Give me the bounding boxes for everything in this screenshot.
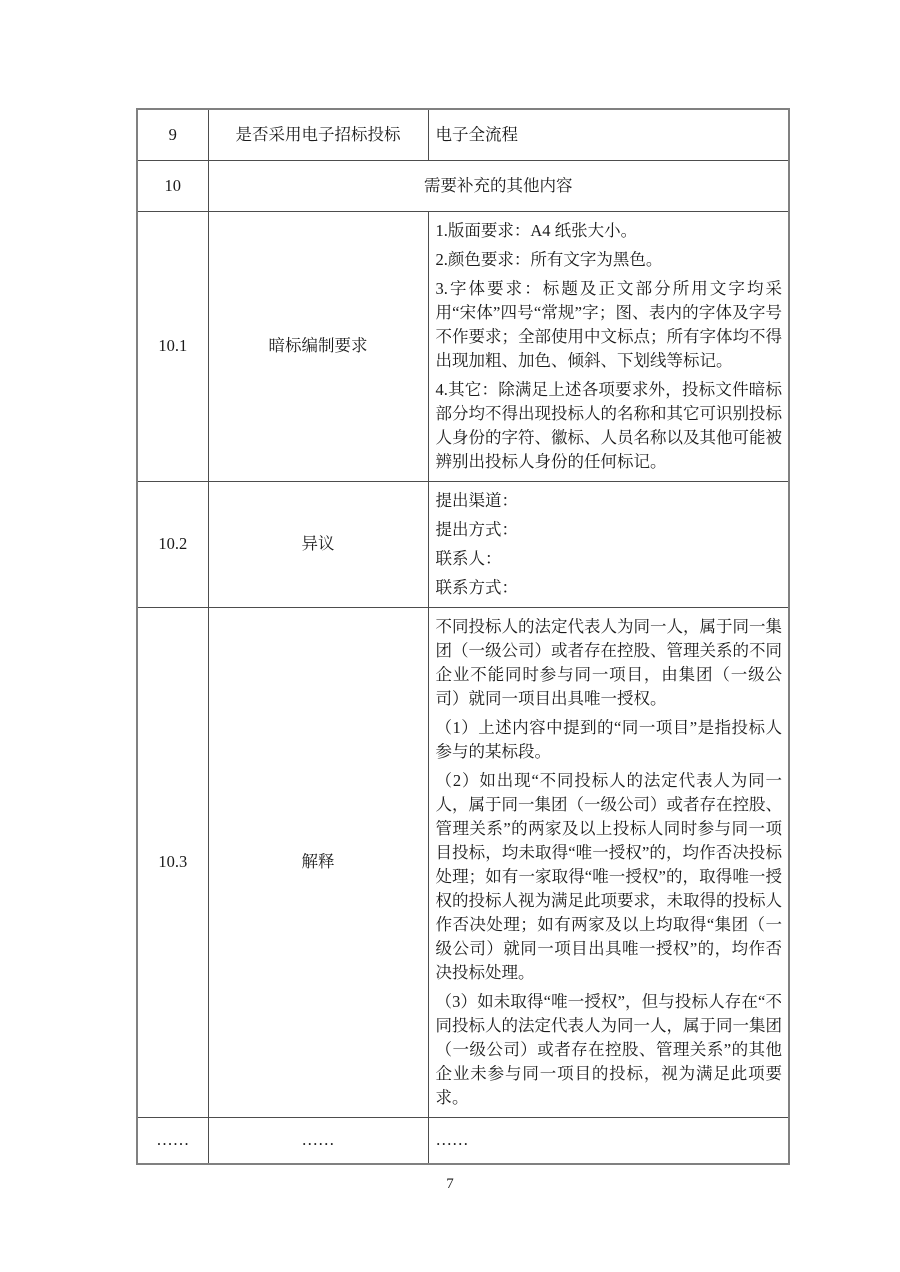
row-label: 异议 [208,481,428,607]
document-page: 9 是否采用电子招标投标 电子全流程 10 需要补充的其他内容 10.1 暗标编… [0,0,900,1272]
row-number: 10.1 [137,211,208,481]
content-paragraph: 不同投标人的法定代表人为同一人，属于同一集团（一级公司）或者存在控股、管理关系的… [436,615,783,711]
row-content: 不同投标人的法定代表人为同一人，属于同一集团（一级公司）或者存在控股、管理关系的… [428,607,789,1117]
row-number: 10.2 [137,481,208,607]
content-paragraph: …… [436,1128,783,1152]
content-paragraph: 联系方式： [436,576,783,600]
table-row: …… …… …… [137,1117,789,1164]
table-row: 10 需要补充的其他内容 [137,160,789,211]
tender-requirements-table: 9 是否采用电子招标投标 电子全流程 10 需要补充的其他内容 10.1 暗标编… [136,108,790,1165]
table-row: 10.3 解释 不同投标人的法定代表人为同一人，属于同一集团（一级公司）或者存在… [137,607,789,1117]
content-paragraph: 3.字体要求：标题及正文部分所用文字均采用“宋体”四号“常规”字；图、表内的字体… [436,277,783,373]
row-content: 电子全流程 [428,109,789,160]
content-paragraph: （3）如未取得“唯一授权”，但与投标人存在“不同投标人的法定代表人为同一人，属于… [436,990,783,1110]
row-number: …… [137,1117,208,1164]
content-paragraph: 电子全流程 [436,123,783,147]
row-label: 是否采用电子招标投标 [208,109,428,160]
row-label: 暗标编制要求 [208,211,428,481]
content-paragraph: 提出方式： [436,518,783,542]
content-paragraph: 联系人： [436,547,783,571]
row-number: 10 [137,160,208,211]
table-row: 9 是否采用电子招标投标 电子全流程 [137,109,789,160]
row-content: …… [428,1117,789,1164]
row-label: 解释 [208,607,428,1117]
content-paragraph: 提出渠道： [436,489,783,513]
tender-requirements-table-wrap: 9 是否采用电子招标投标 电子全流程 10 需要补充的其他内容 10.1 暗标编… [136,108,790,1165]
row-content: 1.版面要求：A4 纸张大小。 2.颜色要求：所有文字为黑色。 3.字体要求：标… [428,211,789,481]
content-paragraph: （2）如出现“不同投标人的法定代表人为同一人，属于同一集团（一级公司）或者存在控… [436,769,783,985]
row-number: 10.3 [137,607,208,1117]
page-number: 7 [0,1176,900,1193]
content-paragraph: 4.其它：除满足上述各项要求外，投标文件暗标部分均不得出现投标人的名称和其它可识… [436,378,783,474]
row-number: 9 [137,109,208,160]
row-content: 提出渠道： 提出方式： 联系人： 联系方式： [428,481,789,607]
content-paragraph: 1.版面要求：A4 纸张大小。 [436,219,783,243]
table-row: 10.1 暗标编制要求 1.版面要求：A4 纸张大小。 2.颜色要求：所有文字为… [137,211,789,481]
row-merged-content: 需要补充的其他内容 [208,160,789,211]
row-label: …… [208,1117,428,1164]
table-row: 10.2 异议 提出渠道： 提出方式： 联系人： 联系方式： [137,481,789,607]
content-paragraph: 2.颜色要求：所有文字为黑色。 [436,248,783,272]
content-paragraph: （1）上述内容中提到的“同一项目”是指投标人参与的某标段。 [436,716,783,764]
